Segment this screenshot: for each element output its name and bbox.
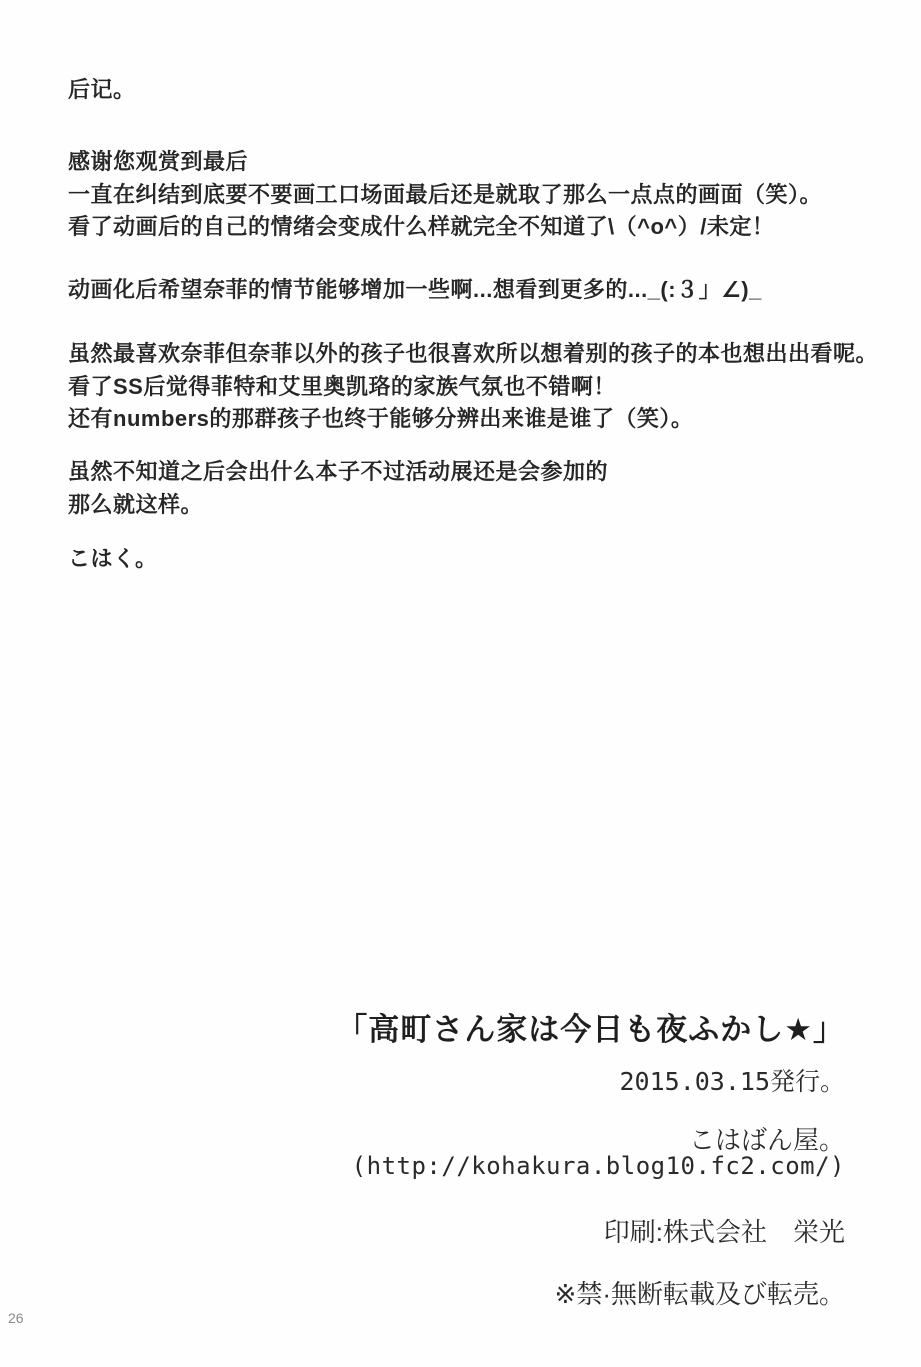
afterword-paragraph-1: 感谢您观赏到最后 一直在纠结到底要不要画工口场面最后还是就取了那么一点点的画面（… — [68, 146, 822, 244]
afterword-line: 一直在纠结到底要不要画工口场面最后还是就取了那么一点点的画面（笑）。 — [68, 179, 822, 212]
afterword-line: 动画化后希望奈菲的情节能够增加一些啊...想看到更多的..._(:３」∠)_ — [68, 274, 762, 307]
afterword-line: 虽然不知道之后会出什么本子不过活动展还是会参加的 — [68, 456, 608, 489]
reproduction-notice: ※禁·無断転載及び転売。 — [555, 1274, 845, 1311]
page-number: 26 — [8, 1310, 24, 1326]
author-signature: こはく。 — [68, 543, 158, 576]
afterword-line: 虽然最喜欢奈菲但奈菲以外的孩子也很喜欢所以想着别的孩子的本也想出出看呢。 — [68, 338, 878, 371]
scanned-afterword-page: 后记。 感谢您观赏到最后 一直在纠结到底要不要画工口场面最后还是就取了那么一点点… — [0, 0, 921, 1367]
afterword-line: 看了SS后觉得菲特和艾里奥凯珞的家族气氛也不错啊！ — [68, 371, 878, 404]
afterword-line: 还有numbers的那群孩子也终于能够分辨出来谁是谁了（笑）。 — [68, 403, 878, 436]
afterword-line: 那么就这样。 — [68, 489, 608, 522]
afterword-line: 看了动画后的自己的情绪会变成什么样就完全不知道了\（^o^）/未定！ — [68, 211, 822, 244]
book-title: 「高町さん家は今日も夜ふかし★」 — [336, 1004, 845, 1049]
afterword-line: 感谢您观赏到最后 — [68, 146, 822, 179]
issue-date: 2015.03.15発行。 — [619, 1062, 845, 1098]
printer-credit: 印刷:株式会社 栄光 — [604, 1212, 845, 1249]
circle-url: (http://kohakura.blog10.fc2.com/) — [352, 1152, 845, 1180]
afterword-paragraph-4: 虽然不知道之后会出什么本子不过活动展还是会参加的 那么就这样。 — [68, 456, 608, 521]
afterword-paragraph-3: 虽然最喜欢奈菲但奈菲以外的孩子也很喜欢所以想着别的孩子的本也想出出看呢。 看了S… — [68, 338, 878, 436]
afterword-paragraph-2: 动画化后希望奈菲的情节能够增加一些啊...想看到更多的..._(:３」∠)_ — [68, 274, 762, 307]
afterword-heading: 后记。 — [68, 74, 136, 107]
